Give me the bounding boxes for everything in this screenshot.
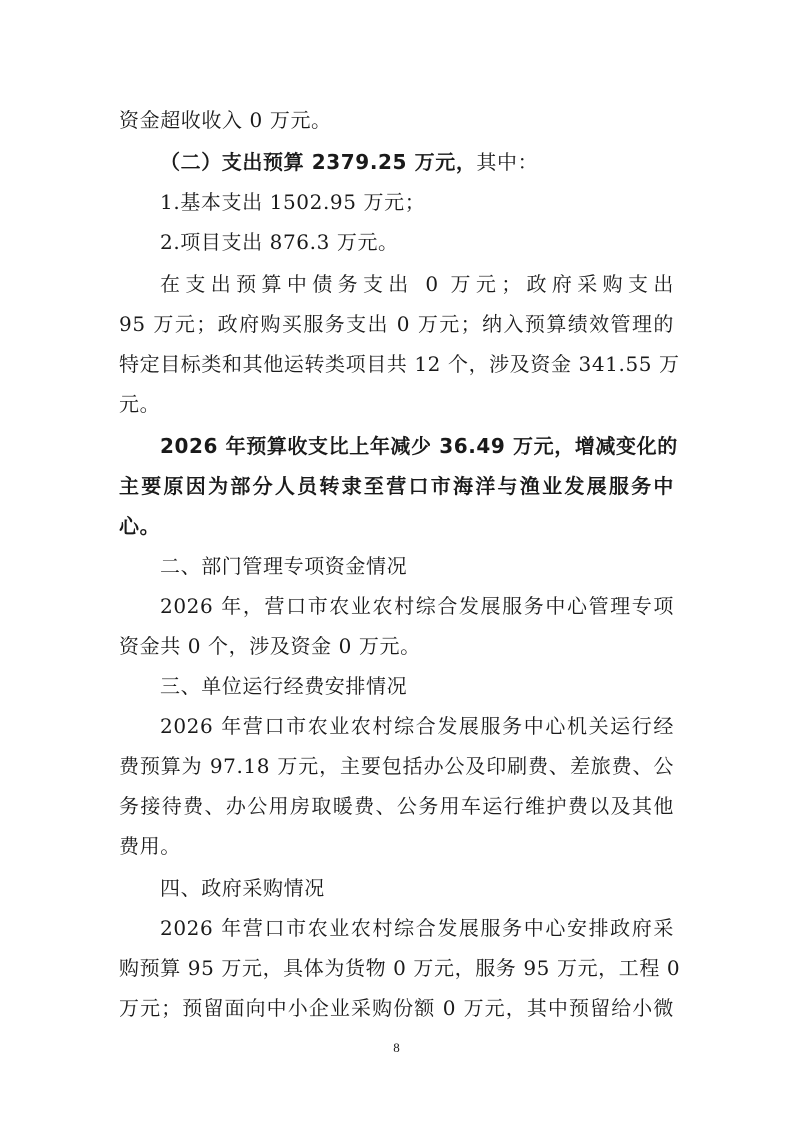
paragraph-line-bold: 主要原因为部分人员转隶至营口市海洋与渔业发展服务中	[119, 474, 674, 498]
list-item-project-expenditure: 2.项目支出 876.3 万元。	[160, 230, 674, 254]
subheading-rest-text: 其中：	[476, 150, 538, 174]
paragraph-line: 资金超收收入 0 万元。	[119, 108, 674, 132]
subheading-bold-text: （二）支出预算 2379.25 万元，	[160, 150, 476, 174]
paragraph-line: 万元；预留面向中小企业采购份额 0 万元，其中预留给小微	[119, 996, 674, 1020]
document-page: 资金超收收入 0 万元。 （二）支出预算 2379.25 万元，其中： 1.基本…	[0, 0, 793, 1122]
paragraph-line: 特定目标类和其他运转类项目共 12 个，涉及资金 341.55 万	[119, 352, 674, 376]
paragraph-line: 务接待费、办公用房取暖费、公务用车运行维护费以及其他	[119, 794, 674, 818]
paragraph-line: 费用。	[119, 834, 674, 858]
page-number: 8	[0, 1040, 793, 1056]
paragraph-line: 2026 年，营口市农业农村综合发展服务中心管理专项	[160, 594, 674, 618]
paragraph-line: 2026 年营口市农业农村综合发展服务中心机关运行经	[160, 714, 674, 738]
section-heading-2: 二、部门管理专项资金情况	[160, 554, 674, 578]
paragraph-line: 2026 年营口市农业农村综合发展服务中心安排政府采	[160, 916, 674, 940]
section-heading-4: 四、政府采购情况	[160, 876, 674, 900]
paragraph-line-bold: 2026 年预算收支比上年减少 36.49 万元，增减变化的	[160, 434, 674, 458]
paragraph-line: 元。	[119, 392, 674, 416]
paragraph-line: 购预算 95 万元，具体为货物 0 万元，服务 95 万元，工程 0	[119, 956, 674, 980]
list-item-basic-expenditure: 1.基本支出 1502.95 万元；	[160, 190, 674, 214]
paragraph-line: 在支出预算中债务支出 0 万元；政府采购支出	[160, 272, 674, 296]
paragraph-line: 资金共 0 个，涉及资金 0 万元。	[119, 634, 674, 658]
paragraph-line-bold: 心。	[119, 514, 674, 538]
subheading-expenditure-budget: （二）支出预算 2379.25 万元，其中：	[160, 150, 674, 174]
paragraph-line: 95 万元；政府购买服务支出 0 万元；纳入预算绩效管理的	[119, 312, 674, 336]
section-heading-3: 三、单位运行经费安排情况	[160, 674, 674, 698]
paragraph-line: 费预算为 97.18 万元，主要包括办公及印刷费、差旅费、公	[119, 754, 674, 778]
